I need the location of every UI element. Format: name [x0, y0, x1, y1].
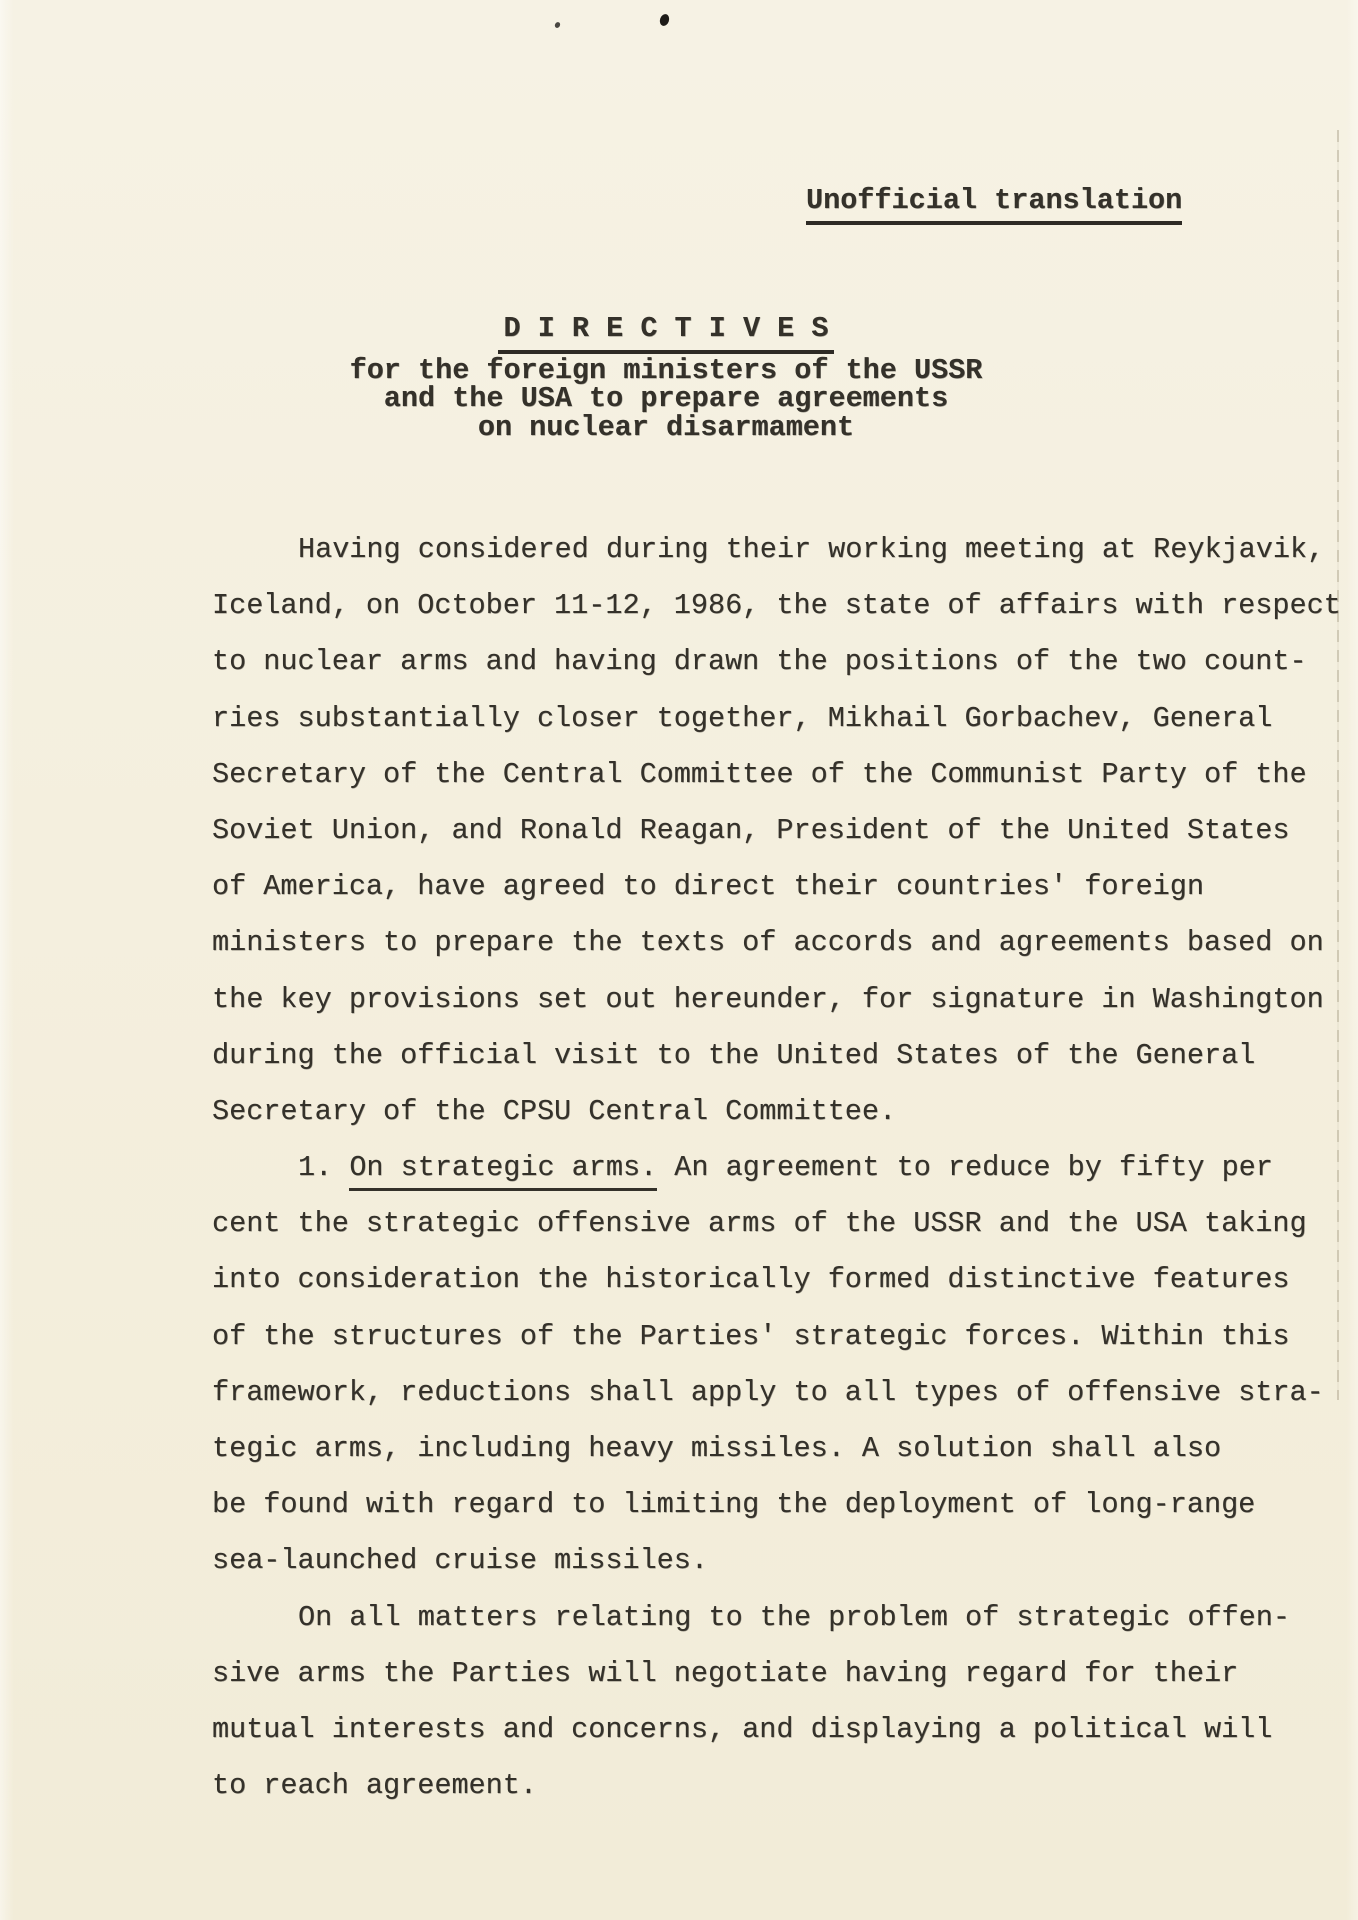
text-segment: Iceland, on October 11-12, 1986, the sta…: [212, 589, 1341, 622]
text-segment: On all matters relating to the problem o…: [298, 1601, 1290, 1634]
text-segment: to nuclear arms and having drawn the pos…: [212, 645, 1307, 678]
body-line-9: the key provisions set out hereunder, fo…: [212, 972, 1358, 1028]
title-block: D I R E C T I V E S: [210, 313, 1122, 354]
text-segment: the key provisions set out hereunder, fo…: [212, 983, 1324, 1016]
scan-edge-left: [0, 0, 14, 1920]
text-segment: be found with regard to limiting the dep…: [212, 1488, 1255, 1521]
text-segment: tegic arms, including heavy missiles. A …: [212, 1432, 1221, 1465]
body-line-8: ministers to prepare the texts of accord…: [212, 915, 1358, 971]
body-line-16: framework, reductions shall apply to all…: [212, 1365, 1358, 1421]
underlined-phrase: On strategic arms.: [349, 1151, 657, 1191]
body-line-11: Secretary of the CPSU Central Committee.: [212, 1084, 1358, 1140]
text-segment: An agreement to reduce by fifty per: [657, 1151, 1273, 1184]
ink-speck-small: [554, 21, 561, 29]
text-segment: to reach agreement.: [212, 1769, 537, 1802]
body-line-7: of America, have agreed to direct their …: [212, 859, 1358, 915]
body-line-10: during the official visit to the United …: [212, 1028, 1358, 1084]
text-segment: Secretary of the CPSU Central Committee.: [212, 1095, 896, 1128]
subtitle-line-3: on nuclear disarmament: [210, 414, 1122, 442]
text-segment: Soviet Union, and Ronald Reagan, Preside…: [212, 814, 1289, 847]
body-line-17: tegic arms, including heavy missiles. A …: [212, 1421, 1358, 1477]
scanned-document-page: Unofficial translation D I R E C T I V E…: [0, 0, 1358, 1920]
text-segment: cent the strategic offensive arms of the…: [212, 1207, 1307, 1240]
body-line-14: into consideration the historically form…: [212, 1252, 1358, 1308]
body-line-19: sea-launched cruise missiles.: [212, 1533, 1358, 1589]
text-segment: into consideration the historically form…: [212, 1263, 1289, 1296]
text-segment: of America, have agreed to direct their …: [212, 870, 1204, 903]
annotation-unofficial-translation: Unofficial translation: [806, 184, 1182, 225]
body-line-5: Secretary of the Central Committee of th…: [212, 747, 1358, 803]
body-line-12: 1. On strategic arms. An agreement to re…: [212, 1140, 1358, 1196]
document-subtitle: for the foreign ministers of the USSRand…: [210, 357, 1122, 442]
body-line-23: to reach agreement.: [212, 1758, 1358, 1814]
body-line-6: Soviet Union, and Ronald Reagan, Preside…: [212, 803, 1358, 859]
text-segment: mutual interests and concerns, and displ…: [212, 1713, 1272, 1746]
body-line-20: On all matters relating to the problem o…: [212, 1590, 1358, 1646]
body-line-4: ries substantially closer together, Mikh…: [212, 691, 1358, 747]
body-line-13: cent the strategic offensive arms of the…: [212, 1196, 1358, 1252]
body-line-1: Having considered during their working m…: [212, 522, 1358, 578]
text-segment: 1.: [298, 1151, 349, 1184]
body-line-2: Iceland, on October 11-12, 1986, the sta…: [212, 578, 1358, 634]
text-segment: of the structures of the Parties' strate…: [212, 1320, 1289, 1353]
text-segment: sive arms the Parties will negotiate hav…: [212, 1657, 1238, 1690]
document-body: Having considered during their working m…: [212, 522, 1358, 1814]
body-line-22: mutual interests and concerns, and displ…: [212, 1702, 1358, 1758]
ink-speck-large: [658, 13, 670, 27]
body-line-3: to nuclear arms and having drawn the pos…: [212, 634, 1358, 690]
text-segment: framework, reductions shall apply to all…: [212, 1376, 1324, 1409]
text-segment: ministers to prepare the texts of accord…: [212, 926, 1324, 959]
body-line-15: of the structures of the Parties' strate…: [212, 1309, 1358, 1365]
document-title: D I R E C T I V E S: [498, 313, 835, 354]
text-segment: ries substantially closer together, Mikh…: [212, 702, 1272, 735]
text-segment: sea-launched cruise missiles.: [212, 1544, 708, 1577]
text-segment: Secretary of the Central Committee of th…: [212, 758, 1307, 791]
text-segment: during the official visit to the United …: [212, 1039, 1255, 1072]
subtitle-line-2: and the USA to prepare agreements: [210, 385, 1122, 413]
body-line-18: be found with regard to limiting the dep…: [212, 1477, 1358, 1533]
body-line-21: sive arms the Parties will negotiate hav…: [212, 1646, 1358, 1702]
text-segment: Having considered during their working m…: [298, 533, 1324, 566]
subtitle-line-1: for the foreign ministers of the USSR: [210, 357, 1122, 385]
